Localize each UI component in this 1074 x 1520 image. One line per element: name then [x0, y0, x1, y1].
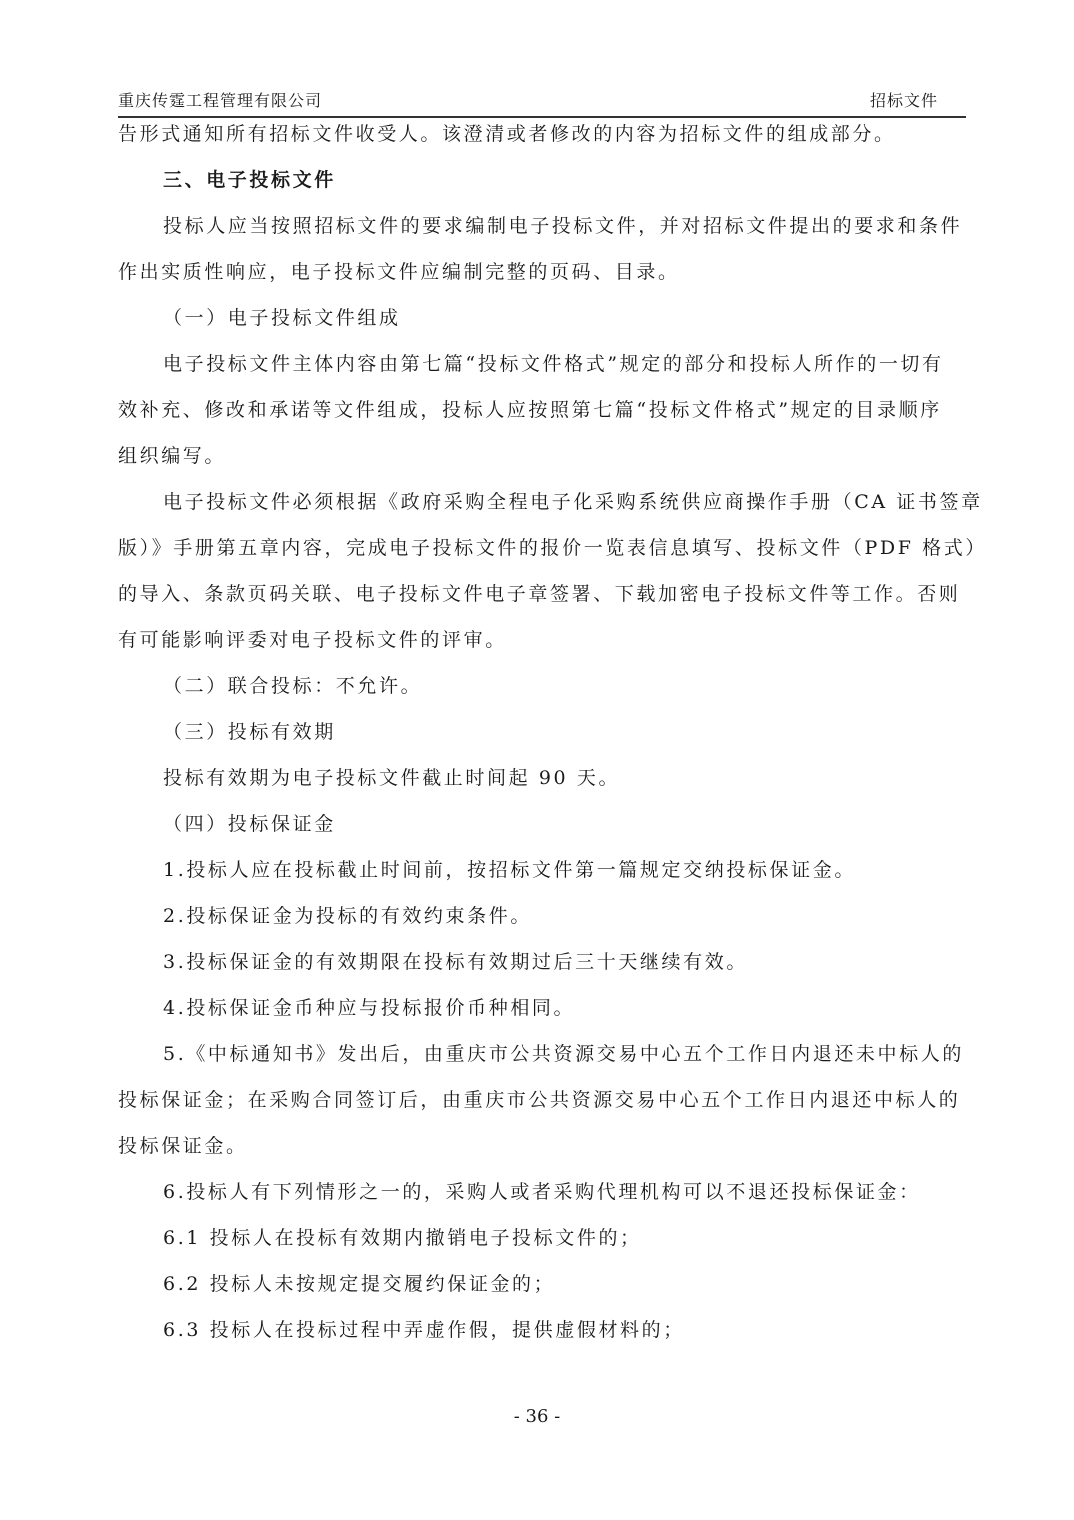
list-item: 6.投标人有下列情形之一的，采购人或者采购代理机构可以不退还投标保证金：: [118, 1178, 968, 1224]
paragraph-line: 作出实质性响应，电子投标文件应编制完整的页码、目录。: [118, 258, 968, 304]
paragraph-line: 投标保证金；在采购合同签订后，由重庆市公共资源交易中心五个工作日内退还中标人的: [118, 1086, 968, 1132]
subsection-heading: （三）投标有效期: [118, 718, 968, 764]
paragraph-line: 版）》手册第五章内容，完成电子投标文件的报价一览表信息填写、投标文件（PDF 格…: [118, 534, 968, 580]
paragraph-line: 电子投标文件必须根据《政府采购全程电子化采购系统供应商操作手册（CA 证书签章: [118, 488, 968, 534]
list-item: 4.投标保证金币种应与投标报价币种相同。: [118, 994, 968, 1040]
paragraph-line: 投标保证金。: [118, 1132, 968, 1178]
paragraph-line: 效补充、修改和承诺等文件组成，投标人应按照第七篇“投标文件格式”规定的目录顺序: [118, 396, 968, 442]
list-item: 6.1 投标人在投标有效期内撤销电子投标文件的；: [118, 1224, 968, 1270]
header-document-type: 招标文件: [870, 88, 938, 111]
document-body: 告形式通知所有招标文件收受人。该澄清或者修改的内容为招标文件的组成部分。 三、电…: [118, 120, 968, 1362]
subsection-heading: （二）联合投标：不允许。: [118, 672, 968, 718]
page-number: - 36 -: [0, 1406, 1074, 1427]
list-item: 1.投标人应在投标截止时间前，按招标文件第一篇规定交纳投标保证金。: [118, 856, 968, 902]
subsection-heading: （一）电子投标文件组成: [118, 304, 968, 350]
list-item: 6.2 投标人未按规定提交履约保证金的；: [118, 1270, 968, 1316]
paragraph-line: 告形式通知所有招标文件收受人。该澄清或者修改的内容为招标文件的组成部分。: [118, 120, 968, 166]
list-item: 6.3 投标人在投标过程中弄虚作假，提供虚假材料的；: [118, 1316, 968, 1362]
paragraph-line: 投标人应当按照招标文件的要求编制电子投标文件，并对招标文件提出的要求和条件: [118, 212, 968, 258]
paragraph-line: 电子投标文件主体内容由第七篇“投标文件格式”规定的部分和投标人所作的一切有: [118, 350, 968, 396]
paragraph-line: 有可能影响评委对电子投标文件的评审。: [118, 626, 968, 672]
list-item: 3.投标保证金的有效期限在投标有效期过后三十天继续有效。: [118, 948, 968, 994]
subsection-heading: （四）投标保证金: [118, 810, 968, 856]
paragraph-line: 组织编写。: [118, 442, 968, 488]
section-heading: 三、电子投标文件: [118, 166, 968, 212]
list-item: 2.投标保证金为投标的有效约束条件。: [118, 902, 968, 948]
paragraph-line: 投标有效期为电子投标文件截止时间起 90 天。: [118, 764, 968, 810]
header-company-name: 重庆传霆工程管理有限公司: [118, 88, 322, 111]
page-header: 重庆传霆工程管理有限公司 招标文件: [118, 88, 966, 116]
paragraph-line: 的导入、条款页码关联、电子投标文件电子章签署、下载加密电子投标文件等工作。否则: [118, 580, 968, 626]
header-divider: [118, 116, 966, 118]
list-item: 5.《中标通知书》发出后，由重庆市公共资源交易中心五个工作日内退还未中标人的: [118, 1040, 968, 1086]
